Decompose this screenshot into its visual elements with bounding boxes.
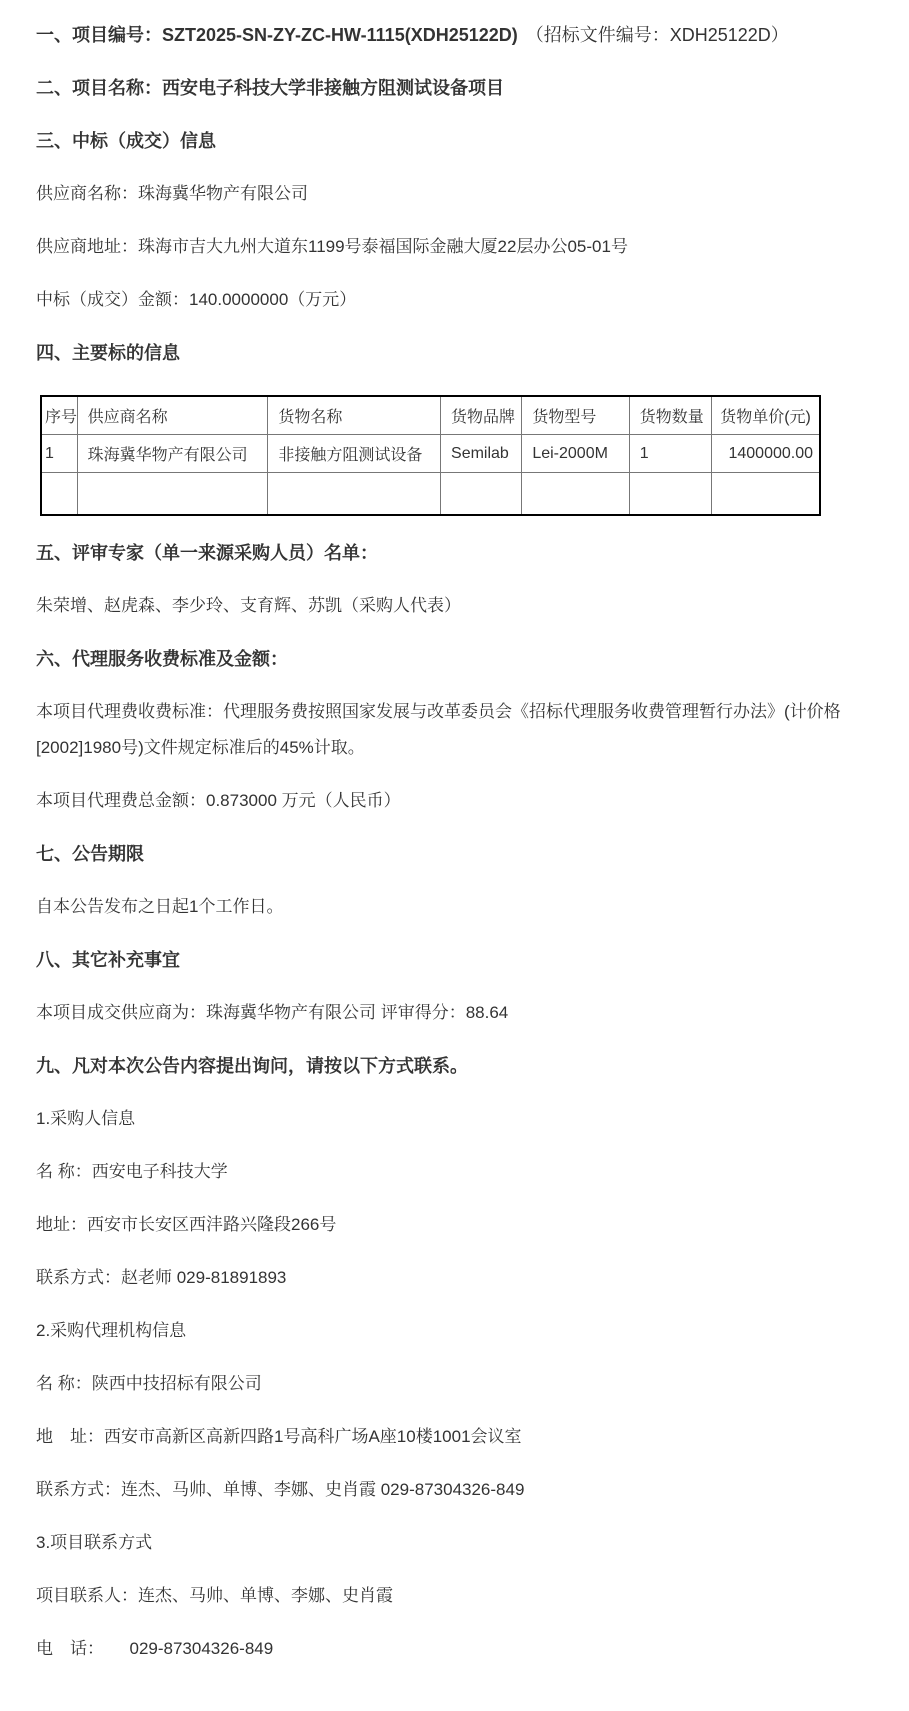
table-cell: 珠海冀华物产有限公司 xyxy=(77,435,268,473)
main-subject-table: 序号 供应商名称 货物名称 货物品牌 货物型号 货物数量 货物单价(元) 1 珠… xyxy=(40,395,821,516)
table-cell: Semilab xyxy=(441,435,522,473)
table-header-cell: 货物品牌 xyxy=(441,396,522,435)
agency-name: 名 称：陕西中技招标有限公司 xyxy=(36,1373,873,1395)
other-matters-heading: 八、其它补充事宜 xyxy=(36,949,873,971)
agency-fee-total: 本项目代理费总金额：0.873000 万元（人民币） xyxy=(36,790,873,812)
announcement-document: 一、项目编号：SZT2025-SN-ZY-ZC-HW-1115(XDH25122… xyxy=(36,24,873,1660)
main-subject-table-wrap: 序号 供应商名称 货物名称 货物品牌 货物型号 货物数量 货物单价(元) 1 珠… xyxy=(40,395,873,516)
notice-period-heading: 七、公告期限 xyxy=(36,843,873,865)
main-subject-heading: 四、主要标的信息 xyxy=(36,342,873,364)
project-number-text: 一、项目编号：SZT2025-SN-ZY-ZC-HW-1115(XDH25122… xyxy=(36,25,518,45)
table-cell: Lei-2000M xyxy=(522,435,629,473)
agency-contact: 联系方式：连杰、马帅、单博、李娜、史肖霞 029-87304326-849 xyxy=(36,1479,873,1501)
table-cell xyxy=(268,473,441,516)
table-row: 1 珠海冀华物产有限公司 非接触方阻测试设备 Semilab Lei-2000M… xyxy=(41,435,820,473)
agency-fee-heading: 六、代理服务收费标准及金额： xyxy=(36,648,873,670)
table-cell: 非接触方阻测试设备 xyxy=(268,435,441,473)
purchaser-contact: 联系方式：赵老师 029-81891893 xyxy=(36,1267,873,1289)
award-info-heading: 三、中标（成交）信息 xyxy=(36,130,873,152)
project-contact-person: 项目联系人：连杰、马帅、单博、李娜、史肖霞 xyxy=(36,1585,873,1607)
supplier-address: 供应商地址：珠海市吉大九州大道东1199号泰福国际金融大厦22层办公05-01号 xyxy=(36,236,873,258)
experts-heading: 五、评审专家（单一来源采购人员）名单： xyxy=(36,542,873,564)
table-cell: 1 xyxy=(629,435,711,473)
table-cell xyxy=(522,473,629,516)
table-empty-row xyxy=(41,473,820,516)
award-amount: 中标（成交）金额：140.0000000（万元） xyxy=(36,289,873,311)
table-header-cell: 货物名称 xyxy=(268,396,441,435)
agency-info-title: 2.采购代理机构信息 xyxy=(36,1320,873,1342)
purchaser-info-title: 1.采购人信息 xyxy=(36,1108,873,1130)
project-name-heading: 二、项目名称：西安电子科技大学非接触方阻测试设备项目 xyxy=(36,77,873,99)
other-matters-text: 本项目成交供应商为：珠海冀华物产有限公司 评审得分：88.64 xyxy=(36,1002,873,1024)
table-header-cell: 序号 xyxy=(41,396,77,435)
agency-fee-standard-line1: 本项目代理费收费标准：代理服务费按照国家发展与改革委员会《招标代理服务收费管理暂… xyxy=(36,701,873,723)
contact-heading: 九、凡对本次公告内容提出询问，请按以下方式联系。 xyxy=(36,1055,873,1077)
project-number-heading: 一、项目编号：SZT2025-SN-ZY-ZC-HW-1115(XDH25122… xyxy=(36,24,873,46)
table-cell xyxy=(441,473,522,516)
table-header-cell: 货物单价(元) xyxy=(712,396,820,435)
table-header-cell: 货物型号 xyxy=(522,396,629,435)
table-cell xyxy=(712,473,820,516)
table-cell xyxy=(629,473,711,516)
tender-file-number-note: （招标文件编号：XDH25122D） xyxy=(526,25,789,45)
table-header-row: 序号 供应商名称 货物名称 货物品牌 货物型号 货物数量 货物单价(元) xyxy=(41,396,820,435)
agency-address: 地 址：西安市高新区高新四路1号高科广场A座10楼1001会议室 xyxy=(36,1426,873,1448)
agency-fee-standard-line2: [2002]1980号)文件规定标准后的45%计取。 xyxy=(36,737,873,759)
experts-names: 朱荣增、赵虎森、李少玲、支育辉、苏凯（采购人代表） xyxy=(36,595,873,617)
supplier-name: 供应商名称：珠海冀华物产有限公司 xyxy=(36,183,873,205)
notice-period-text: 自本公告发布之日起1个工作日。 xyxy=(36,896,873,918)
purchaser-address: 地址：西安市长安区西沣路兴隆段266号 xyxy=(36,1214,873,1236)
project-contact-phone: 电 话： 029-87304326-849 xyxy=(36,1638,873,1660)
table-cell: 1400000.00 xyxy=(712,435,820,473)
purchaser-name: 名 称：西安电子科技大学 xyxy=(36,1161,873,1183)
table-cell xyxy=(41,473,77,516)
table-cell: 1 xyxy=(41,435,77,473)
table-cell xyxy=(77,473,268,516)
table-header-cell: 货物数量 xyxy=(629,396,711,435)
project-contact-title: 3.项目联系方式 xyxy=(36,1532,873,1554)
table-header-cell: 供应商名称 xyxy=(77,396,268,435)
